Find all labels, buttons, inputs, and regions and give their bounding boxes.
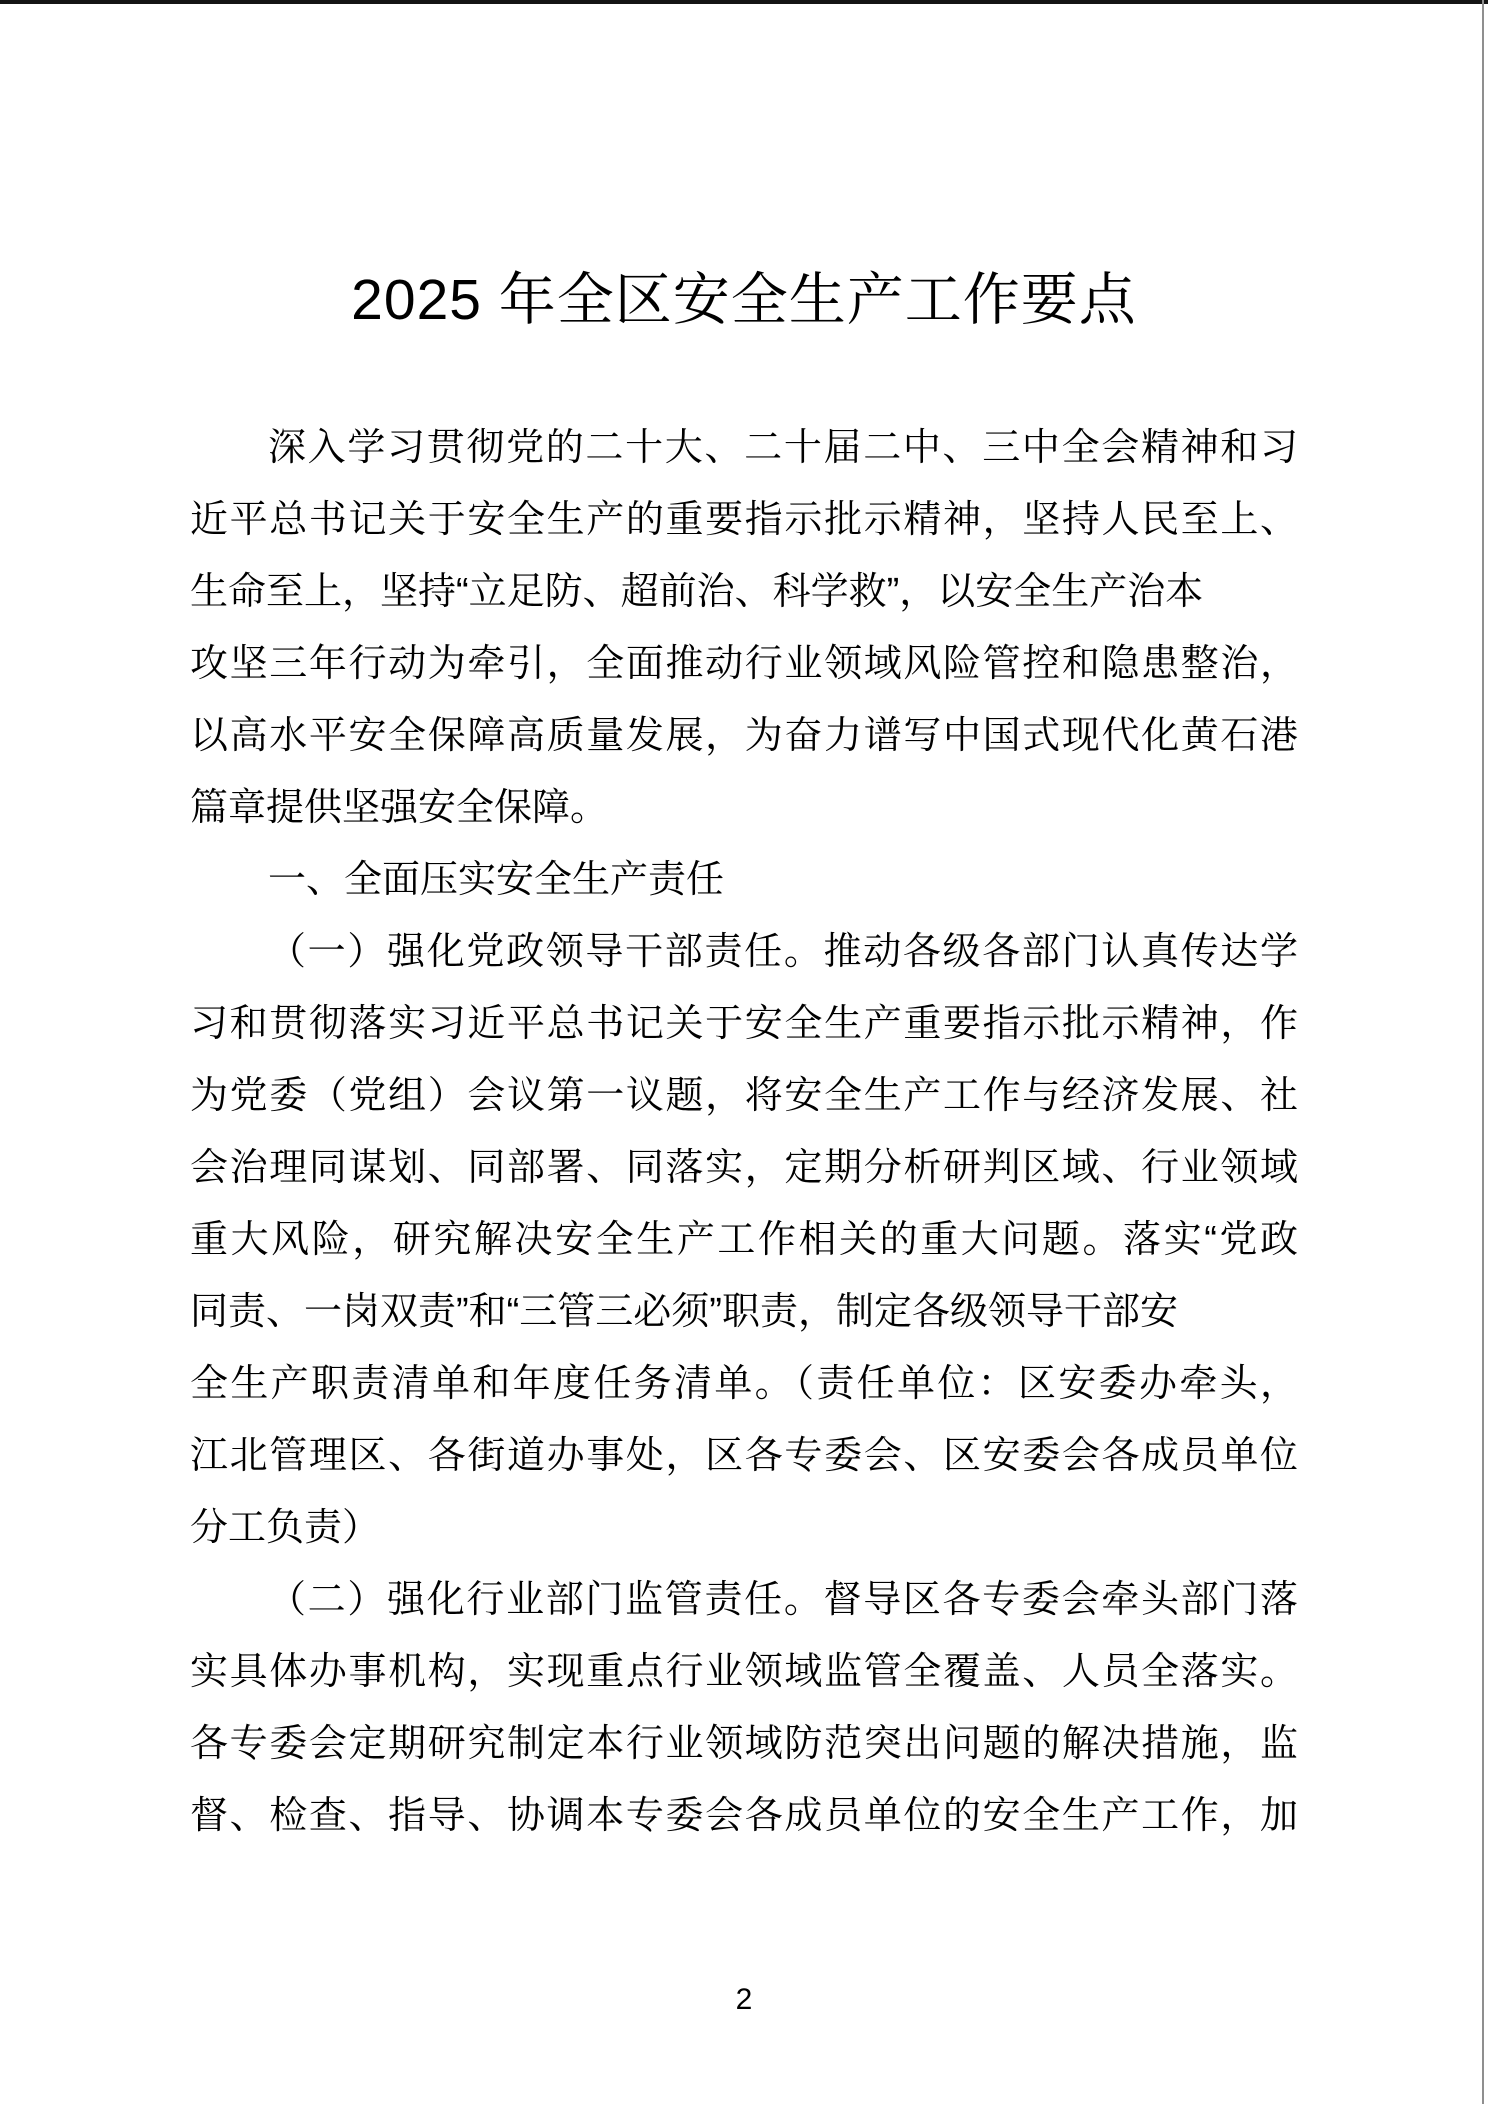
text-line: （二）强化行业部门监管责任。督导区各专委会牵头部门落 bbox=[190, 1564, 1298, 1636]
text-line: 实具体办事机构，实现重点行业领域监管全覆盖、人员全落实。 bbox=[190, 1636, 1298, 1708]
text-line: 近平总书记关于安全生产的重要指示批示精神，坚持人民至上、 bbox=[190, 484, 1298, 556]
text-line: 攻坚三年行动为牵引，全面推动行业领域风险管控和隐患整治， bbox=[190, 628, 1298, 700]
text-line: 生命至上，坚持“立足防、超前治、科学救”，以安全生产治本 bbox=[190, 556, 1298, 628]
text-line: 分工负责） bbox=[190, 1492, 1298, 1564]
text-line: 会治理同谋划、同部署、同落实，定期分析研判区域、行业领域 bbox=[190, 1132, 1298, 1204]
text-line: 各专委会定期研究制定本行业领域防范突出问题的解决措施，监 bbox=[190, 1708, 1298, 1780]
text-line: 深入学习贯彻党的二十大、二十届二中、三中全会精神和习 bbox=[190, 412, 1298, 484]
document-title: 2025 年全区安全生产工作要点 bbox=[0, 258, 1488, 342]
document-body: 深入学习贯彻党的二十大、二十届二中、三中全会精神和习 近平总书记关于安全生产的重… bbox=[190, 412, 1298, 1852]
text-line: 重大风险，研究解决安全生产工作相关的重大问题。落实“党政 bbox=[190, 1204, 1298, 1276]
text-line: 以高水平安全保障高质量发展，为奋力谱写中国式现代化黄石港 bbox=[190, 700, 1298, 772]
text-line: 全生产职责清单和年度任务清单。（责任单位：区安委办牵头， bbox=[190, 1348, 1298, 1420]
text-line: 江北管理区、各街道办事处，区各专委会、区安委会各成员单位 bbox=[190, 1420, 1298, 1492]
scan-edge-top-line bbox=[0, 0, 1488, 4]
text-line: 督、检查、指导、协调本专委会各成员单位的安全生产工作，加 bbox=[190, 1780, 1298, 1852]
text-line: 同责、一岗双责”和“三管三必须”职责，制定各级领导干部安 bbox=[190, 1276, 1298, 1348]
text-line: 篇章提供坚强安全保障。 bbox=[190, 772, 1298, 844]
document-page: 2025 年全区安全生产工作要点 深入学习贯彻党的二十大、二十届二中、三中全会精… bbox=[0, 0, 1488, 2104]
section-heading: 一、全面压实安全生产责任 bbox=[190, 844, 1298, 916]
text-line: 习和贯彻落实习近平总书记关于安全生产重要指示批示精神，作 bbox=[190, 988, 1298, 1060]
text-line: 为党委（党组）会议第一议题，将安全生产工作与经济发展、社 bbox=[190, 1060, 1298, 1132]
page-number: 2 bbox=[0, 1982, 1488, 2018]
text-line: （一）强化党政领导干部责任。推动各级各部门认真传达学 bbox=[190, 916, 1298, 988]
